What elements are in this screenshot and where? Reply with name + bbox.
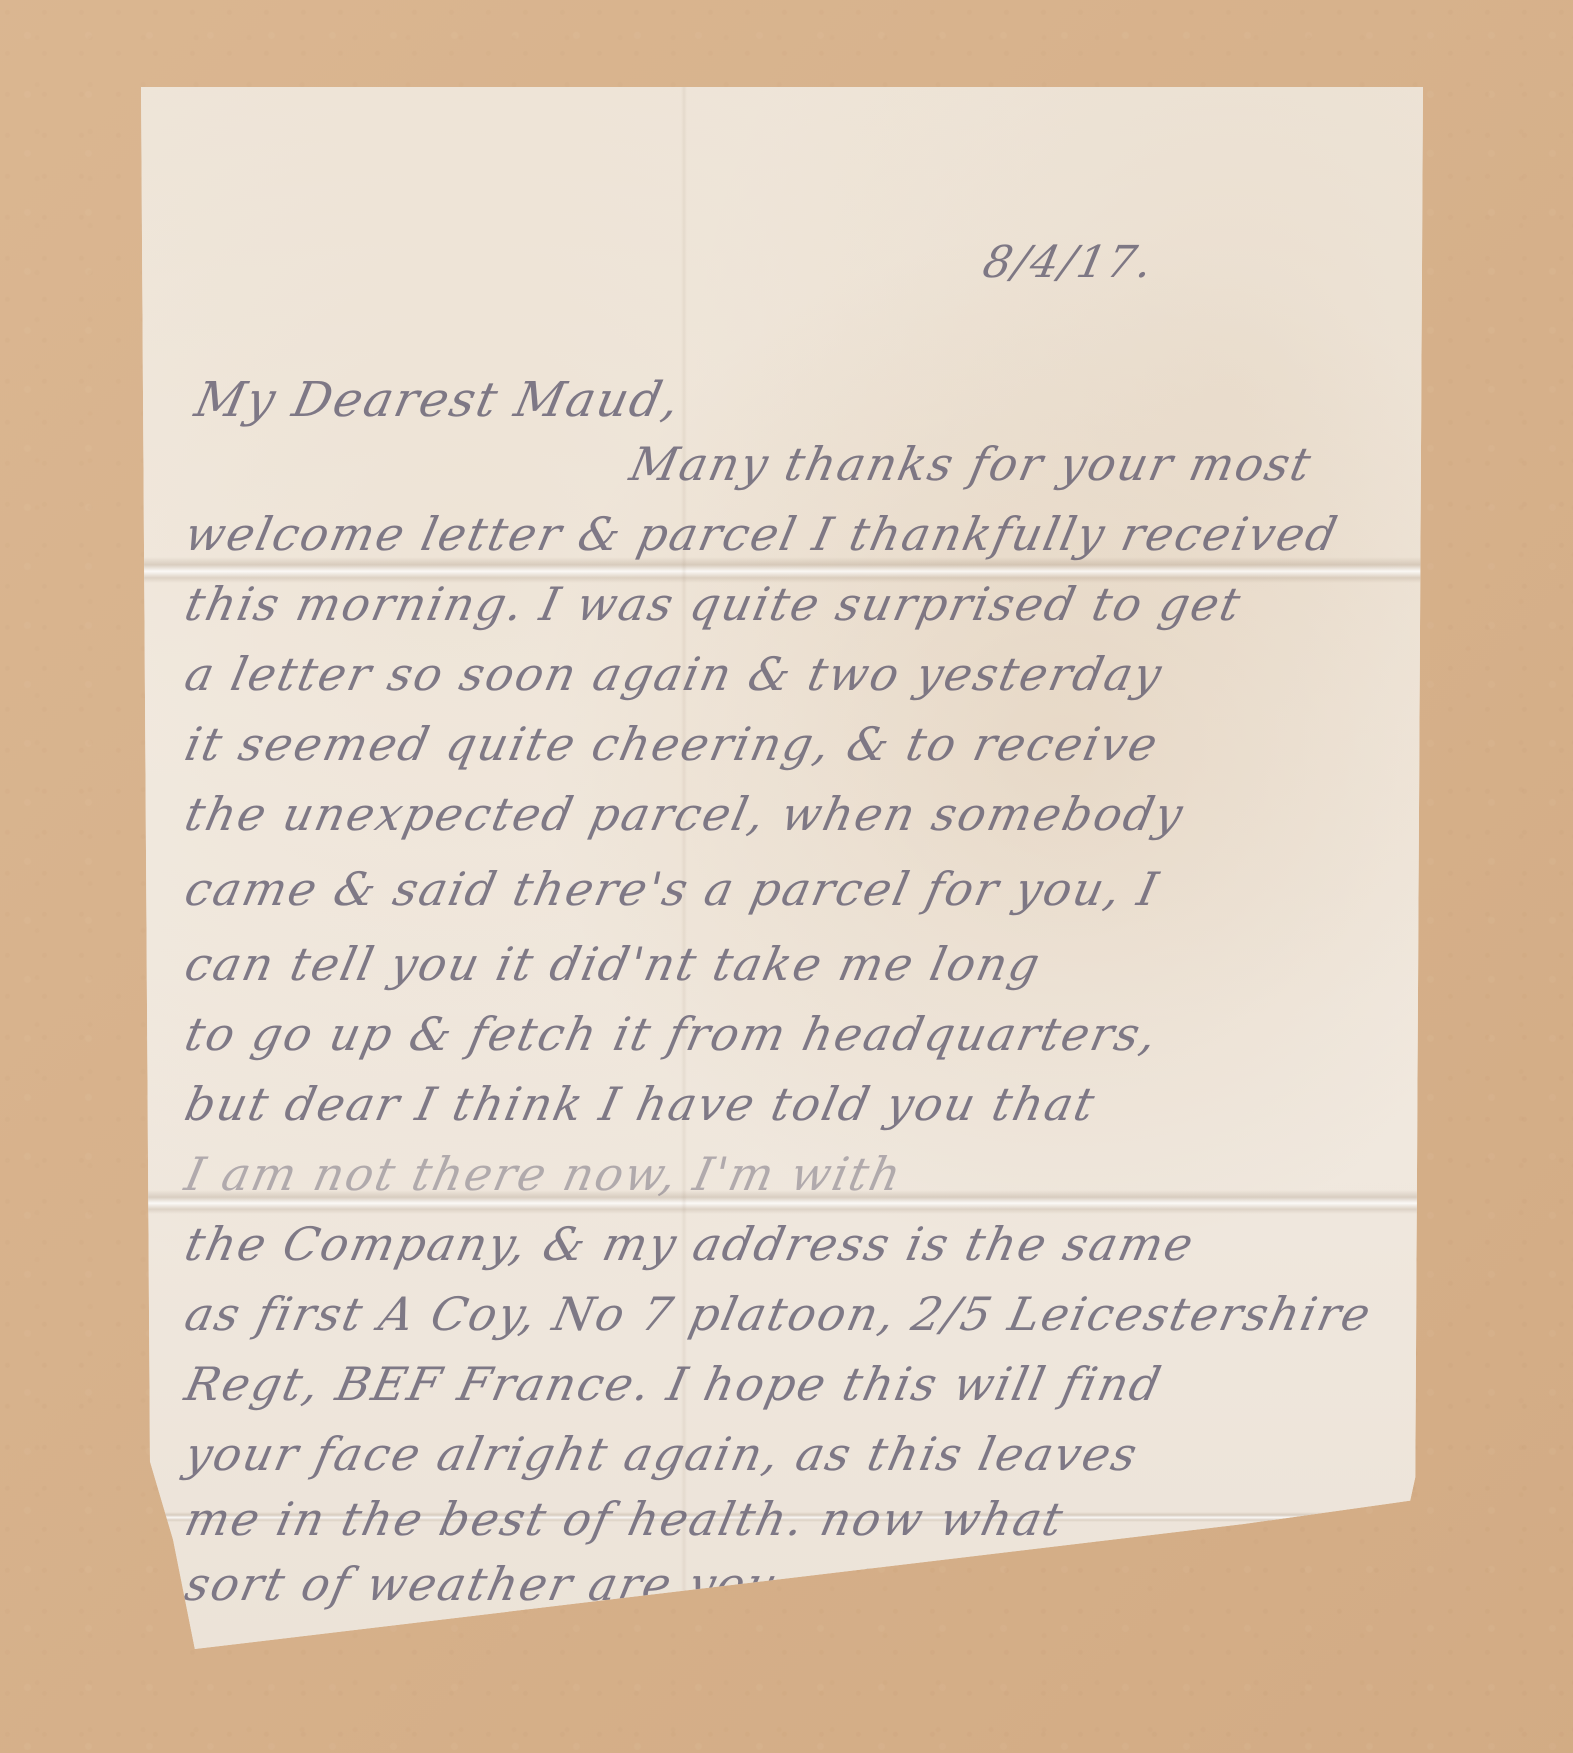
letter-line: Many thanks for your most — [625, 437, 1317, 491]
letter-line: but dear I think I have told you that — [180, 1077, 1101, 1131]
letter-line: came & said there's a parcel for you, I — [180, 862, 1164, 916]
letter-line: as first A Coy, No 7 platoon, 2/5 Leices… — [180, 1287, 1377, 1341]
letter-date: 8/4/17. — [979, 237, 1159, 288]
letter-line: welcome letter & parcel I thankfully rec… — [180, 507, 1343, 561]
letter-line: me in the best of health. now what — [180, 1492, 1069, 1546]
letter-line: a letter so soon again & two yesterday — [180, 647, 1168, 701]
letter-line: this morning. I was quite surprised to g… — [180, 577, 1247, 631]
letter-line: the Company, & my address is the same — [180, 1217, 1199, 1271]
letter-line: it seemed quite cheering, & to receive — [180, 717, 1164, 771]
letter-line: Regt, BEF France. I hope this will find — [180, 1357, 1167, 1411]
letter-line: your face alright again, as this leaves — [180, 1427, 1143, 1481]
letter-line: to go up & fetch it from headquarters, — [180, 1007, 1163, 1061]
letter-sheet: 8/4/17. My Dearest Maud, Many thanks for… — [141, 87, 1423, 1649]
letter-line: the unexpected parcel, when somebody — [180, 787, 1189, 841]
letter-line: I am not there now, I'm with — [180, 1147, 907, 1201]
letter-line: can tell you it did'nt take me long — [180, 937, 1046, 991]
letter-salutation: My Dearest Maud, — [190, 372, 686, 428]
